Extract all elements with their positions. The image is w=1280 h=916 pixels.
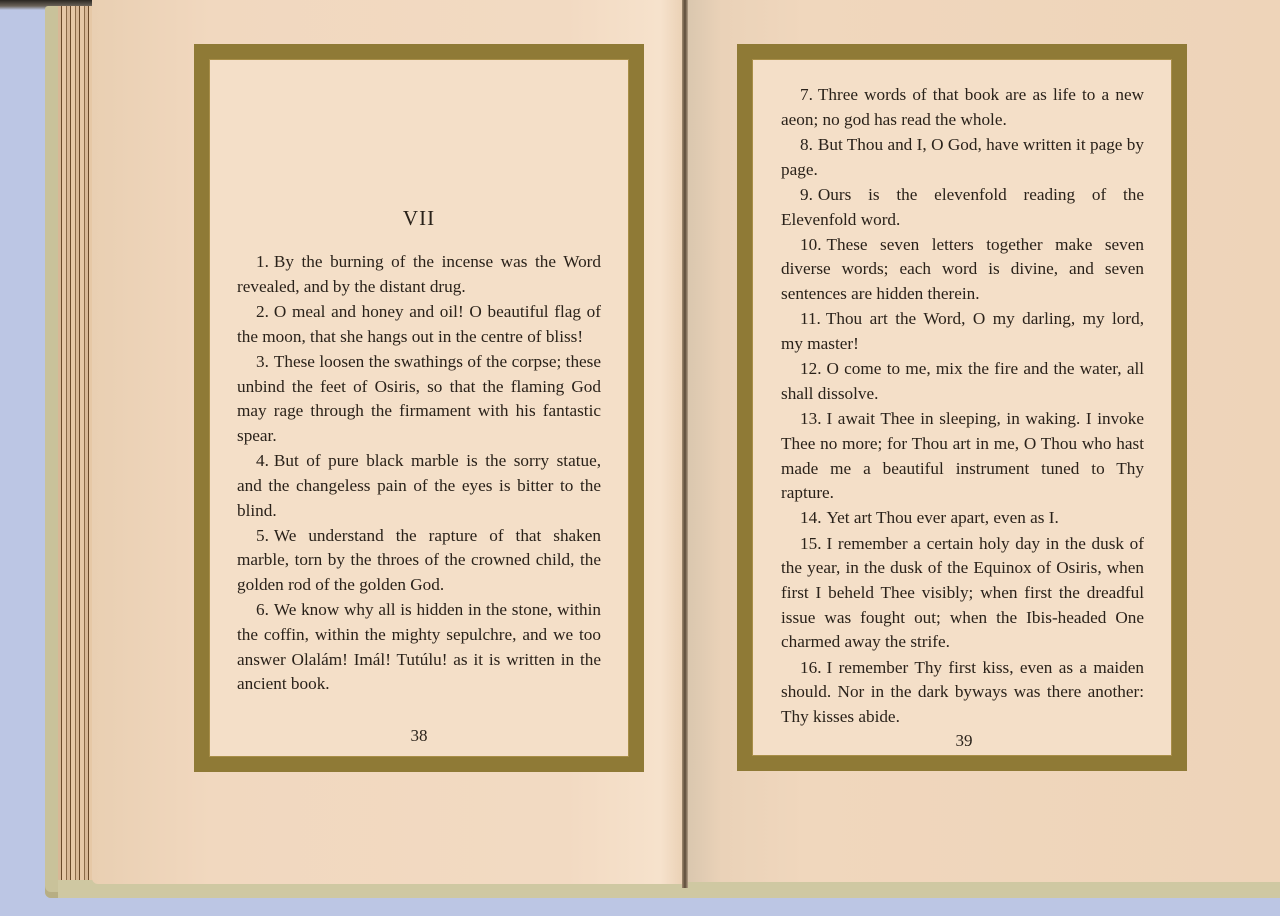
- verse-7: 7.Three words of that book are as life t…: [781, 83, 1144, 132]
- verse-number: 10.: [800, 235, 821, 254]
- verse-number: 16.: [800, 658, 821, 677]
- verse-text: But of pure black marble is the sorry st…: [237, 451, 601, 519]
- verse-text: I remember Thy first kiss, even as a mai…: [781, 658, 1144, 726]
- book-gutter: [682, 0, 688, 888]
- verse-15: 15.I remember a certain holy day in the …: [781, 532, 1144, 656]
- verse-13: 13.I await Thee in sleeping, in waking. …: [781, 407, 1144, 506]
- verse-number: 2.: [256, 302, 269, 321]
- verse-text: Three words of that book are as life to …: [781, 85, 1144, 129]
- verse-11: 11.Thou art the Word, O my darling, my l…: [781, 307, 1144, 356]
- verse-number: 3.: [256, 352, 269, 371]
- verse-number: 14.: [800, 508, 821, 527]
- verse-number: 8.: [800, 135, 813, 154]
- verse-text: These seven letters together make seven …: [781, 235, 1144, 303]
- right-page-text: 7.Three words of that book are as life t…: [781, 83, 1144, 730]
- verse-text: Ours is the elevenfold reading of the El…: [781, 185, 1144, 229]
- left-page-text: 1.By the burning of the incense was the …: [237, 250, 601, 697]
- verse-5: 5.We understand the rapture of that shak…: [237, 524, 601, 598]
- verse-number: 1.: [256, 252, 269, 271]
- verse-text: I remember a certain holy day in the dus…: [781, 534, 1144, 652]
- verse-2: 2.O meal and honey and oil! O beautiful …: [237, 300, 601, 349]
- verse-text: Yet art Thou ever apart, even as I.: [826, 508, 1058, 527]
- verse-16: 16.I remember Thy first kiss, even as a …: [781, 656, 1144, 730]
- verse-3: 3.These loosen the swathings of the corp…: [237, 350, 601, 449]
- verse-1: 1.By the burning of the incense was the …: [237, 250, 601, 299]
- verse-text: We know why all is hidden in the stone, …: [237, 600, 601, 693]
- verse-number: 13.: [800, 409, 821, 428]
- verse-number: 9.: [800, 185, 813, 204]
- verse-number: 15.: [800, 534, 821, 553]
- verse-number: 12.: [800, 359, 821, 378]
- verse-4: 4.But of pure black marble is the sorry …: [237, 449, 601, 523]
- verse-text: Thou art the Word, O my darling, my lord…: [781, 309, 1144, 353]
- verse-12: 12.O come to me, mix the fire and the wa…: [781, 357, 1144, 406]
- verse-14: 14.Yet art Thou ever apart, even as I.: [781, 506, 1144, 531]
- verse-number: 5.: [256, 526, 269, 545]
- verse-8: 8.But Thou and I, O God, have written it…: [781, 133, 1144, 182]
- verse-text: O come to me, mix the fire and the water…: [781, 359, 1144, 403]
- page-number-left: 38: [389, 726, 449, 746]
- verse-text: By the burning of the incense was the Wo…: [237, 252, 601, 296]
- verse-number: 11.: [800, 309, 821, 328]
- verse-text: We understand the rapture of that shaken…: [237, 526, 601, 594]
- verse-number: 6.: [256, 600, 269, 619]
- verse-number: 4.: [256, 451, 269, 470]
- page-number-right: 39: [934, 731, 994, 751]
- verse-text: O meal and honey and oil! O beautiful fl…: [237, 302, 601, 346]
- chapter-heading: VII: [237, 206, 601, 231]
- verse-number: 7.: [800, 85, 813, 104]
- verse-6: 6.We know why all is hidden in the stone…: [237, 598, 601, 697]
- verse-text: I await Thee in sleeping, in waking. I i…: [781, 409, 1144, 502]
- verse-text: These loosen the swathings of the corpse…: [237, 352, 601, 445]
- verse-10: 10.These seven letters together make sev…: [781, 233, 1144, 307]
- verse-9: 9.Ours is the elevenfold reading of the …: [781, 183, 1144, 232]
- verse-text: But Thou and I, O God, have written it p…: [781, 135, 1144, 179]
